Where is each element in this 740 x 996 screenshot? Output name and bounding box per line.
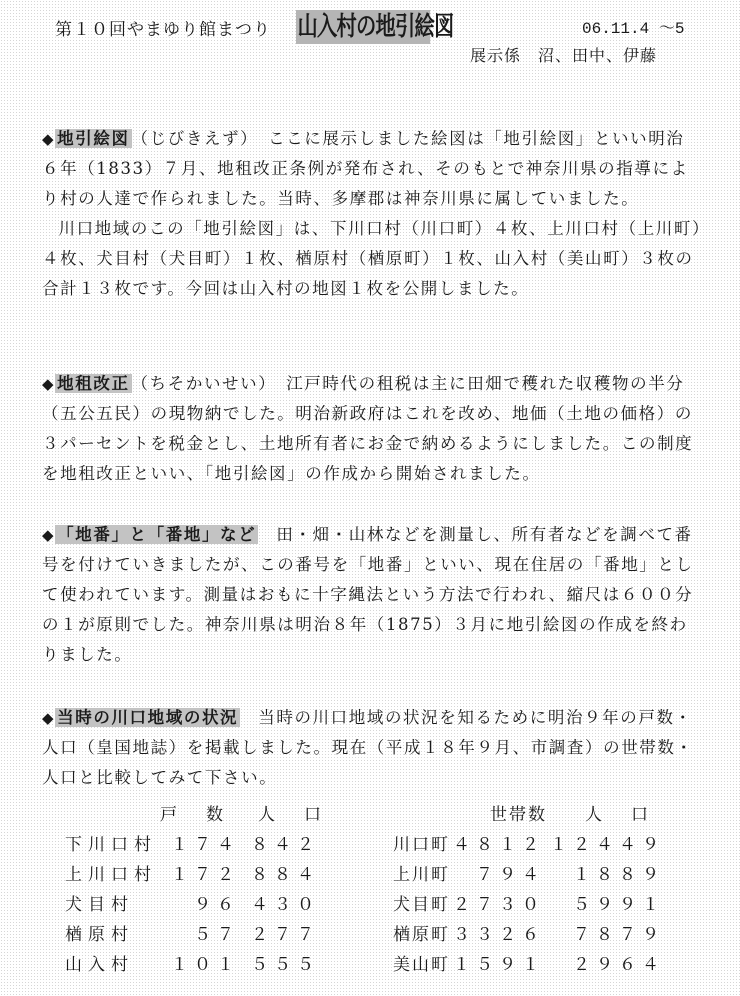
page-title: 山入村の地引絵図 — [296, 10, 430, 44]
staff-credit: 展示係 沼、田中、伊藤 — [470, 43, 657, 66]
column-header-population: 人 口 — [585, 800, 654, 825]
households-value: ４８１２ — [440, 830, 545, 855]
section-paragraph: ◆「地番」と「番地」など 田・畑・山林などを測量し、所有者などを調べて番号を付け… — [42, 520, 702, 670]
population-value: ４３０ — [220, 890, 320, 915]
event-date: 06.11.4 ～5 — [582, 15, 684, 38]
population-value: ８４２ — [220, 830, 320, 855]
section-chiso-kaisei: ◆地租改正（ちそかいせい） 江戸時代の租税は主に田畑で穫れた収穫物の半分（五公五… — [42, 369, 702, 489]
diamond-bullet-icon: ◆ — [42, 709, 55, 727]
section-heading: 「地番」と「番地」など — [55, 525, 258, 544]
column-header-households: 戸 数 — [160, 800, 229, 825]
section-chiban-banchi: ◆「地番」と「番地」など 田・畑・山林などを測量し、所有者などを調べて番号を付け… — [42, 520, 702, 670]
column-header-households: 世帯数 — [490, 800, 547, 825]
section-paragraph: ◆地租改正（ちそかいせい） 江戸時代の租税は主に田畑で穫れた収穫物の半分（五公五… — [42, 369, 702, 489]
section-heading: 地引絵図 — [55, 129, 131, 148]
diamond-bullet-icon: ◆ — [42, 130, 55, 148]
households-value: ３３２６ — [440, 920, 545, 945]
diamond-bullet-icon: ◆ — [42, 375, 55, 393]
section-paragraph-2: 川口地域のこの「地引絵図」は、下川口村（川口町）４枚、上川口村（上川町）４枚、犬… — [42, 214, 702, 304]
event-name: 第１０回やまゆり館まつり — [55, 15, 271, 40]
section-kawaguchi-status: ◆当時の川口地域の状況 当時の川口地域の状況を知るために明治９年の戸数・人口（皇… — [42, 703, 702, 793]
section-text: （ちそかいせい） 江戸時代の租税は主に田畑で穫れた収穫物の半分（五公五民）の現物… — [42, 374, 693, 483]
section-paragraph: ◆当時の川口地域の状況 当時の川口地域の状況を知るために明治９年の戸数・人口（皇… — [42, 703, 702, 793]
section-heading: 地租改正 — [55, 374, 131, 393]
population-value: １２４４９ — [540, 830, 665, 855]
village-name: 犬目村 — [65, 890, 134, 915]
households-value: １５９１ — [440, 950, 545, 975]
population-value: ８８４ — [220, 860, 320, 885]
households-value: ７９４ — [440, 860, 545, 885]
population-value: ５９９１ — [540, 890, 665, 915]
section-jibiki-ezu: ◆地引絵図（じびきえず） ここに展示しました絵図は「地引絵図」といい明治６年（1… — [42, 124, 702, 304]
households-value: ２７３０ — [440, 890, 545, 915]
section-text: （じびきえず） ここに展示しました絵図は「地引絵図」といい明治６年（1833）７… — [42, 129, 689, 208]
diamond-bullet-icon: ◆ — [42, 526, 55, 544]
section-heading: 当時の川口地域の状況 — [55, 708, 240, 727]
population-value: ２９６４ — [540, 950, 665, 975]
village-name: 山入村 — [65, 950, 134, 975]
population-value: ２７７ — [220, 920, 320, 945]
column-header-population: 人 口 — [258, 800, 327, 825]
population-value: ７８７９ — [540, 920, 665, 945]
section-paragraph: ◆地引絵図（じびきえず） ここに展示しました絵図は「地引絵図」といい明治６年（1… — [42, 124, 702, 214]
population-value: １８８９ — [540, 860, 665, 885]
population-value: ５５５ — [220, 950, 320, 975]
village-name: 楢原村 — [65, 920, 134, 945]
section-text: 田・畑・山林などを測量し、所有者などを調べて番号を付けていきましたが、この番号を… — [42, 525, 694, 664]
